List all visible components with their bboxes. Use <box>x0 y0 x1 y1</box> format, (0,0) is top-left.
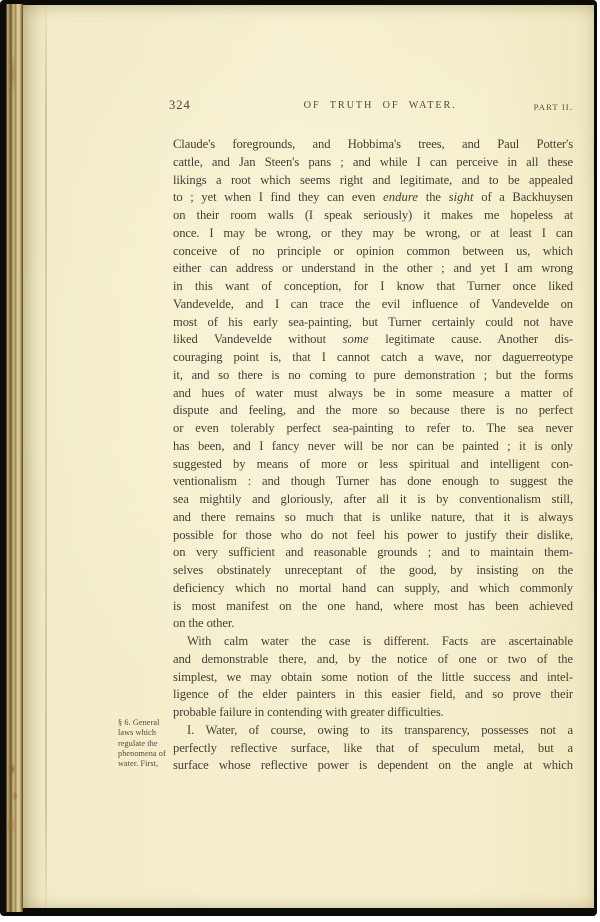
part-label: PART II. <box>534 102 573 112</box>
text-line: on the other. <box>173 615 573 633</box>
margin-note-line: water. First, <box>118 759 172 769</box>
text-line: it, and so there is no coming to pure de… <box>173 367 573 385</box>
book-page: 324 OF TRUTH OF WATER. PART II. Claude's… <box>23 5 594 908</box>
text-line: probable failure in contending with grea… <box>173 704 573 722</box>
running-title: OF TRUTH OF WATER. <box>304 100 457 111</box>
text-line: most of his early sea-painting, but Turn… <box>173 314 573 332</box>
page-number: 324 <box>169 98 191 113</box>
text-line: With calm water the case is different. F… <box>173 633 573 651</box>
margin-note-line: regulate the <box>118 739 172 749</box>
text-line: cattle, and Jan Steen's pans ; and while… <box>173 154 573 172</box>
margin-note-line: laws which <box>118 728 172 738</box>
text-line: in this want of conception, for I know t… <box>173 278 573 296</box>
body-text: Claude's foregrounds, and Hobbima's tree… <box>173 136 573 775</box>
text-line: once. I may be wrong, or they may be wro… <box>173 225 573 243</box>
text-line: ventionalism : and though Turner has don… <box>173 473 573 491</box>
text-line: or even tolerably perfect sea-painting t… <box>173 420 573 438</box>
margin-note: § 6. General laws which regulate the phe… <box>118 718 172 769</box>
text-line: conceive of no principle or opinion comm… <box>173 243 573 261</box>
text-line: to ; yet when I find they can even endur… <box>173 189 573 207</box>
text-line: possible for those who do not feel his p… <box>173 527 573 545</box>
text-line: on their room walls (I speak seriously) … <box>173 207 573 225</box>
book-page-edges <box>6 4 23 912</box>
paragraph-3: I. Water, of course, owing to its transp… <box>173 722 573 775</box>
margin-note-line: § 6. General <box>118 718 172 728</box>
text-line: and hues of water must always be in some… <box>173 385 573 403</box>
paragraph-2: With calm water the case is different. F… <box>173 633 573 722</box>
text-line: selves obstinately unreceptant of the go… <box>173 562 573 580</box>
text-line: liked Vandevelde without some legitimate… <box>173 331 573 349</box>
scanned-book-page: 324 OF TRUTH OF WATER. PART II. Claude's… <box>0 0 600 922</box>
text-line: deficiency which no mortal hand can supp… <box>173 580 573 598</box>
text-line: couraging point is, that I cannot catch … <box>173 349 573 367</box>
paragraph-1: Claude's foregrounds, and Hobbima's tree… <box>173 136 573 633</box>
text-line: surface whose reflective power is depend… <box>173 757 573 775</box>
page-header: 324 OF TRUTH OF WATER. PART II. <box>169 98 573 114</box>
text-line: either can address or understand in the … <box>173 260 573 278</box>
text-line: likings a root which seems right and leg… <box>173 172 573 190</box>
text-line: dispute and feeling, and the more so bec… <box>173 402 573 420</box>
text-line: has been, and I fancy never will be nor … <box>173 438 573 456</box>
text-line: sea mightily and gloriously, after all i… <box>173 491 573 509</box>
text-line: and demonstrable there, and, by the noti… <box>173 651 573 669</box>
text-line: is most manifest on the one hand, where … <box>173 598 573 616</box>
text-line: Claude's foregrounds, and Hobbima's tree… <box>173 136 573 154</box>
margin-note-line: phenomena of <box>118 749 172 759</box>
text-line: ligence of the elder painters in this ea… <box>173 686 573 704</box>
text-line: simplest, we may obtain some notion of t… <box>173 669 573 687</box>
text-line: on very sufficient and reasonable ground… <box>173 544 573 562</box>
text-line: perfectly reflective surface, like that … <box>173 740 573 758</box>
text-line: suggested by means of more or less spiri… <box>173 456 573 474</box>
text-line: and there remains so much that is unlike… <box>173 509 573 527</box>
text-line: I. Water, of course, owing to its transp… <box>173 722 573 740</box>
text-line: Vandevelde, and I can trace the evil inf… <box>173 296 573 314</box>
